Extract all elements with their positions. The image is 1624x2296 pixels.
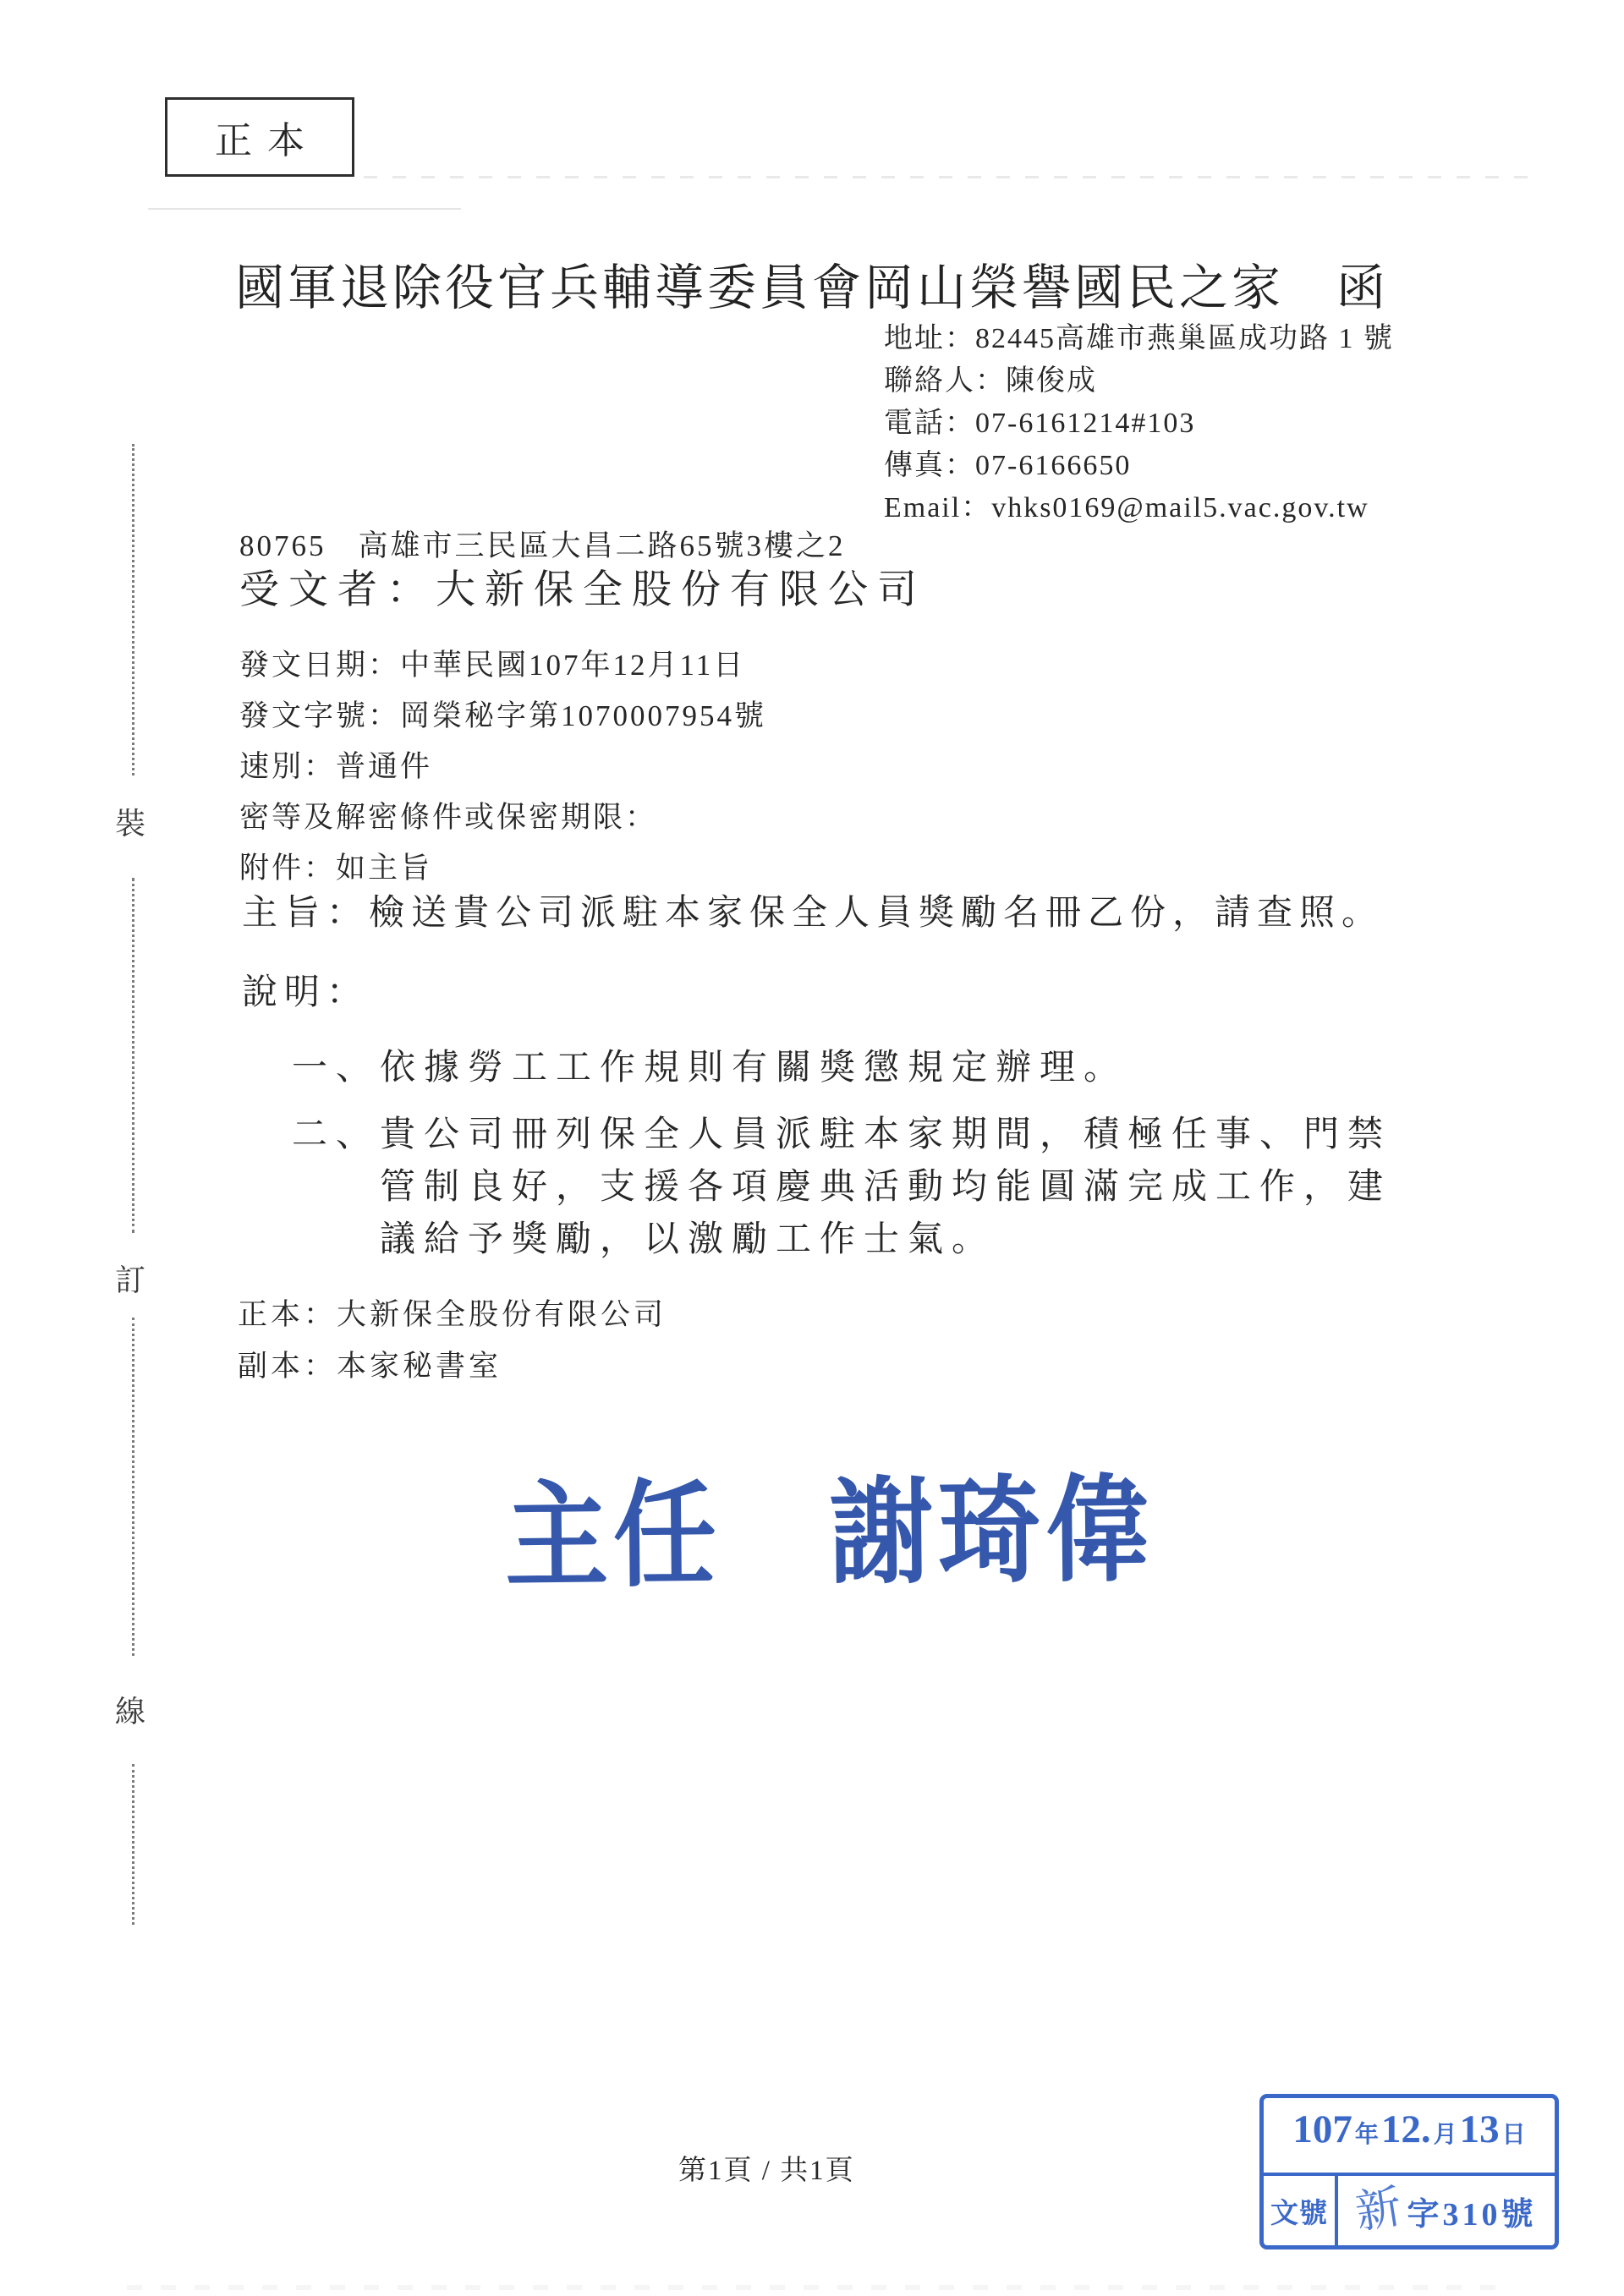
explanation-item-1: 一、依據勞工工作規則有關獎懲規定辦理。 bbox=[292, 1039, 1127, 1090]
explanation-label: 說明： bbox=[242, 964, 369, 1015]
binding-mark-ding: 訂 bbox=[115, 1257, 145, 1300]
original-copy-line: 正本：大新保全股份有限公司 bbox=[238, 1289, 667, 1340]
issue-date: 發文日期：中華民國107年12月11日 bbox=[239, 640, 766, 691]
recipient-line: 受文者：大新保全股份有限公司 bbox=[239, 558, 926, 615]
duplicate-copy-line: 副本：本家秘書室 bbox=[238, 1340, 667, 1392]
document-title: 國軍退除役官兵輔導委員會岡山榮譽國民之家 函 bbox=[0, 248, 1624, 319]
scan-artifact bbox=[127, 2285, 1514, 2290]
binding-mark-zhuang: 裝 bbox=[115, 800, 145, 843]
binding-mark-xian: 線 bbox=[115, 1688, 145, 1731]
scan-artifact bbox=[364, 176, 1531, 178]
binding-dotted-line bbox=[132, 878, 134, 1233]
copy-type-label: 正本 bbox=[200, 110, 320, 164]
receipt-month-unit: 月 bbox=[1434, 2123, 1457, 2147]
subject-line: 主旨：檢送貴公司派駐本家保全人員獎勵名冊乙份，請查照。 bbox=[242, 885, 1384, 935]
page-number: 第1頁 / 共1頁 bbox=[678, 2148, 855, 2188]
sender-contact-block: 地址：82445高雄市燕巢區成功路 1 號 聯絡人：陳俊成 電話：07-6161… bbox=[884, 318, 1394, 529]
receipt-day-unit: 日 bbox=[1502, 2123, 1526, 2147]
receipt-year-unit: 年 bbox=[1355, 2123, 1379, 2147]
binding-dotted-line bbox=[132, 444, 134, 775]
document-meta-block: 發文日期：中華民國107年12月11日 發文字號：岡榮秘字第1070007954… bbox=[239, 640, 766, 894]
binding-dotted-line bbox=[132, 1764, 134, 1925]
sender-address: 地址：82445高雄市燕巢區成功路 1 號 bbox=[884, 318, 1394, 360]
receipt-date-stamp: 107 年 12. 月 13 日 文號 新 字310號 bbox=[1259, 2094, 1559, 2249]
copy-type-box: 正本 bbox=[165, 97, 354, 177]
explanation-item-2: 二、貴公司冊列保全人員派駐本家期間，積極任事、門禁管制良好，支援各項慶典活動均能… bbox=[292, 1109, 1400, 1266]
receipt-doc-number-handwritten: 新 bbox=[1351, 2170, 1406, 2241]
receipt-doc-number-printed: 字310號 bbox=[1407, 2188, 1536, 2234]
security-class: 密等及解密條件或保密期限： bbox=[239, 792, 766, 843]
sender-email: Email：vhks0169@mail5.vac.gov.tw bbox=[884, 487, 1394, 529]
issue-number: 發文字號：岡榮秘字第1070007954號 bbox=[239, 691, 766, 742]
binding-dotted-line bbox=[132, 1318, 134, 1656]
director-signature-stamp: 主任 謝琦偉 bbox=[504, 1437, 1155, 1610]
scan-artifact bbox=[148, 208, 461, 210]
receipt-doc-number-label: 文號 bbox=[1264, 2176, 1338, 2246]
sender-phone: 電話：07-6161214#103 bbox=[884, 403, 1394, 445]
receipt-year: 107 bbox=[1292, 2110, 1352, 2150]
receipt-month: 12. bbox=[1381, 2110, 1431, 2150]
receipt-day: 13 bbox=[1460, 2110, 1500, 2150]
scanned-official-letter: 正本 國軍退除役官兵輔導委員會岡山榮譽國民之家 函 地址：82445高雄市燕巢區… bbox=[0, 0, 1624, 2296]
distribution-block: 正本：大新保全股份有限公司 副本：本家秘書室 bbox=[238, 1289, 667, 1392]
receipt-stamp-date-row: 107 年 12. 月 13 日 bbox=[1264, 2098, 1555, 2176]
sender-contact-person: 聯絡人：陳俊成 bbox=[884, 360, 1394, 403]
speed-class: 速別：普通件 bbox=[239, 742, 766, 792]
sender-fax: 傳真：07-6166650 bbox=[884, 445, 1394, 487]
receipt-stamp-number-row: 文號 新 字310號 bbox=[1264, 2176, 1555, 2246]
receipt-doc-number-value: 新 字310號 bbox=[1338, 2176, 1555, 2246]
